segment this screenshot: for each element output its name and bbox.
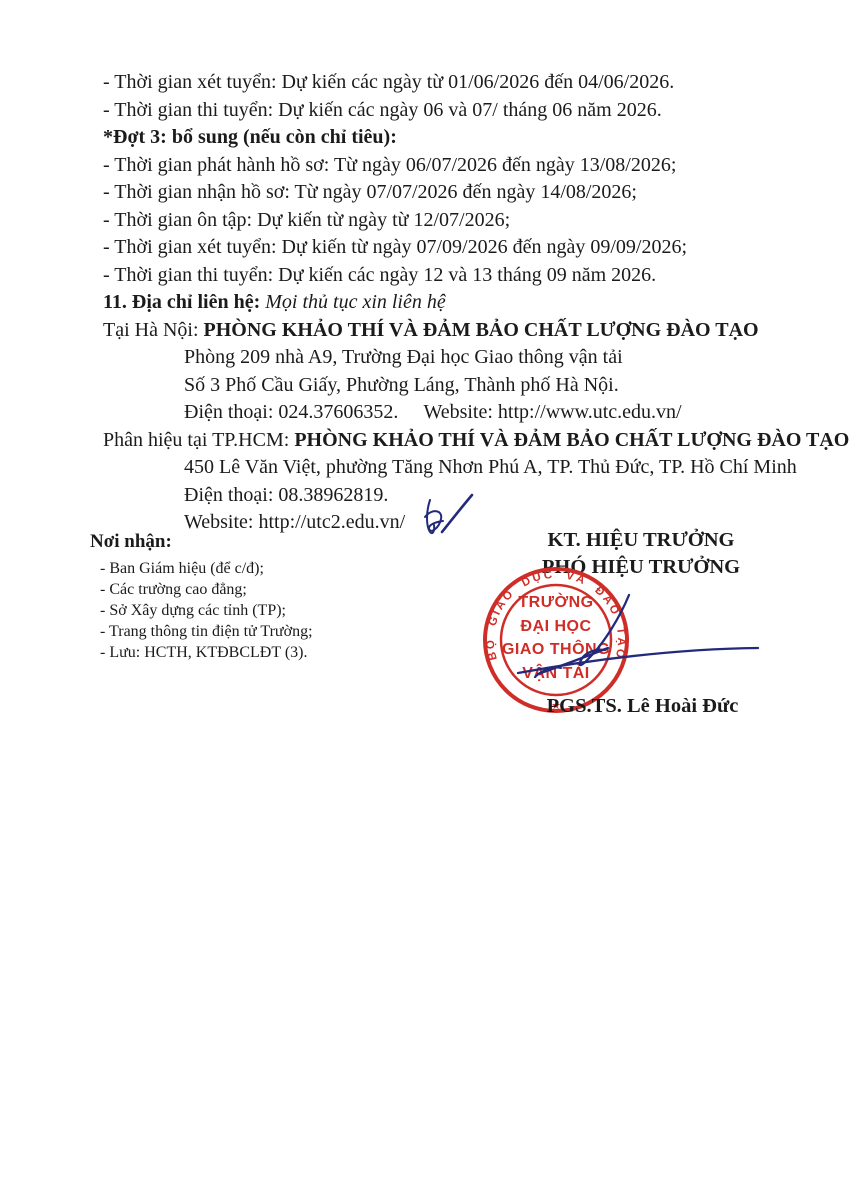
hanoi-prefix: Tại Hà Nội: (103, 319, 199, 341)
recipients-list: - Ban Giám hiệu (để c/đ);- Các trường ca… (90, 558, 313, 663)
recipient-item: - Các trường cao đẳng; (100, 579, 313, 600)
hcm-prefix: Phân hiệu tại TP.HCM: (103, 429, 289, 451)
recipient-item: - Sở Xây dựng các tỉnh (TP); (100, 600, 313, 621)
address-line: 450 Lê Văn Việt, phường Tăng Nhơn Phú A,… (103, 454, 819, 482)
hanoi-phone-website-line: Điện thoại: 024.37606352. Website: http:… (103, 399, 819, 427)
schedule-line: - Thời gian xét tuyển: Dự kiến từ ngày 0… (103, 234, 819, 262)
signature-scribble-icon (440, 545, 770, 685)
hanoi-office: PHÒNG KHẢO THÍ VÀ ĐẢM BẢO CHẤT LƯỢNG ĐÀO… (204, 319, 759, 341)
hanoi-line: Tại Hà Nội: PHÒNG KHẢO THÍ VÀ ĐẢM BẢO CH… (103, 317, 819, 345)
hanoi-phone-label: Điện thoại: 024.37606352. (184, 401, 398, 423)
main-text: - Thời gian xét tuyển: Dự kiến các ngày … (103, 69, 819, 537)
section-11-note: Mọi thủ tục xin liên hệ (265, 291, 446, 313)
hanoi-website-label: Website: http://www.utc.edu.vn/ (423, 401, 681, 423)
schedule-line: - Thời gian thi tuyển: Dự kiến các ngày … (103, 262, 819, 290)
initials-scribble-icon (416, 490, 476, 538)
schedule-line: - Thời gian xét tuyển: Dự kiến các ngày … (103, 69, 819, 97)
signer-name: PGS.TS. Lê Hoài Đức (495, 695, 790, 718)
section-11-label: 11. Địa chỉ liên hệ: (103, 291, 260, 313)
schedule-line: - Thời gian thi tuyển: Dự kiến các ngày … (103, 97, 819, 125)
document-page: - Thời gian xét tuyển: Dự kiến các ngày … (0, 0, 849, 1200)
round3-heading: *Đợt 3: bổ sung (nếu còn chỉ tiêu): (103, 124, 819, 152)
recipients-block: Nơi nhận: - Ban Giám hiệu (để c/đ);- Các… (90, 531, 313, 663)
recipients-heading: Nơi nhận: (90, 531, 313, 553)
section-11-line: 11. Địa chỉ liên hệ: Mọi thủ tục xin liê… (103, 289, 819, 317)
hanoi-address-lines: Phòng 209 nhà A9, Trường Đại học Giao th… (103, 344, 819, 399)
address-line: Phòng 209 nhà A9, Trường Đại học Giao th… (103, 344, 819, 372)
schedule-line: - Thời gian ôn tập: Dự kiến từ ngày từ 1… (103, 207, 819, 235)
schedule-line: - Thời gian nhận hồ sơ: Từ ngày 07/07/20… (103, 179, 819, 207)
recipient-item: - Ban Giám hiệu (để c/đ); (100, 558, 313, 579)
hcm-line: Phân hiệu tại TP.HCM: PHÒNG KHẢO THÍ VÀ … (103, 427, 819, 455)
recipient-item: - Lưu: HCTH, KTĐBCLĐT (3). (100, 642, 313, 663)
hcm-office: PHÒNG KHẢO THÍ VÀ ĐẢM BẢO CHẤT LƯỢNG ĐÀO… (294, 429, 849, 451)
address-line: Số 3 Phố Cầu Giấy, Phường Láng, Thành ph… (103, 372, 819, 400)
schedule-line: - Thời gian phát hành hồ sơ: Từ ngày 06/… (103, 152, 819, 180)
schedule-round3-list: - Thời gian phát hành hồ sơ: Từ ngày 06/… (103, 152, 819, 290)
recipient-item: - Trang thông tin điện tử Trường; (100, 621, 313, 642)
schedule-round2-list: - Thời gian xét tuyển: Dự kiến các ngày … (103, 69, 819, 124)
